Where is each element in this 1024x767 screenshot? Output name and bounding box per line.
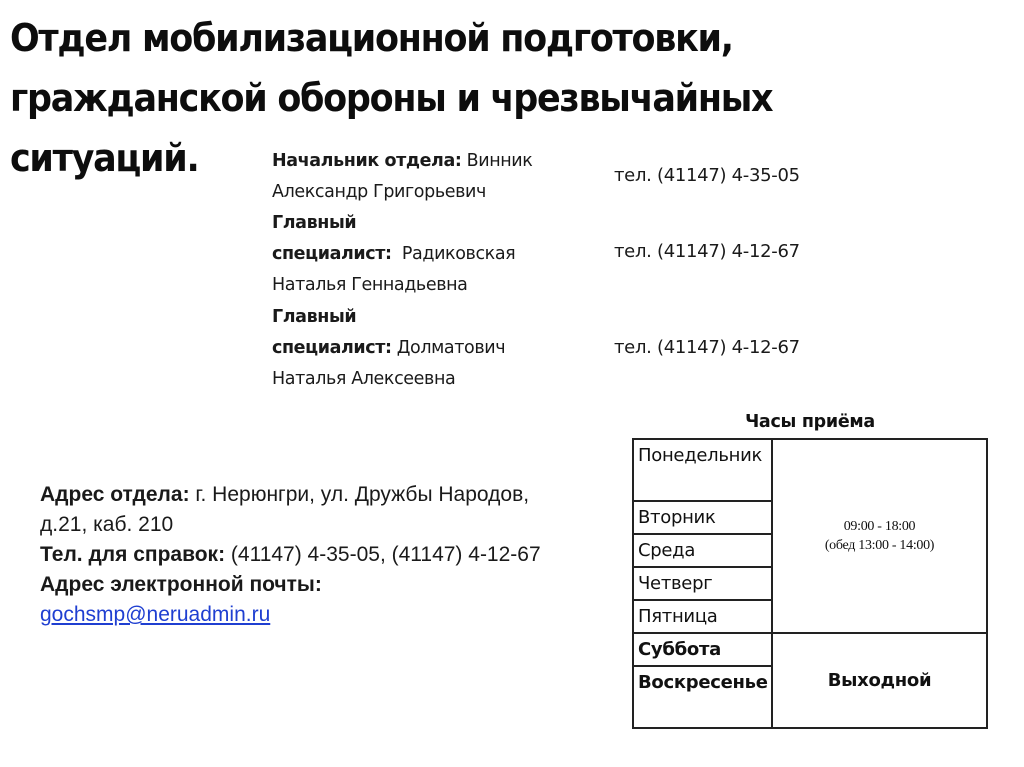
weekday-hours-cell: 09:00 - 18:00 (обед 13:00 - 14:00) (772, 439, 987, 633)
staff-name-cont: Наталья Алексеевна (272, 364, 505, 395)
staff-phone: тел. (41147) 4-12-67 (614, 337, 800, 358)
staff-name: Радиковская (392, 244, 516, 264)
day-wednesday: Среда (633, 534, 772, 567)
weekday-lunch: (обед 13:00 - 14:00) (773, 536, 986, 555)
staff-role-label: Главный (272, 213, 356, 233)
staff-specialist-2: Главный специалист: Долматович Наталья А… (272, 302, 505, 395)
hours-title: Часы приёма (632, 412, 988, 432)
hours-table: Понедельник 09:00 - 18:00 (обед 13:00 - … (632, 438, 988, 729)
day-friday: Пятница (633, 600, 772, 633)
day-saturday: Суббота (633, 633, 772, 666)
phone-label: Тел. для справок: (40, 543, 225, 566)
staff-name-cont: Александр Григорьевич (272, 177, 532, 208)
staff-specialist-1: Главный специалист: Радиковская Наталья … (272, 208, 515, 301)
staff-phone: тел. (41147) 4-35-05 (614, 165, 800, 186)
weekday-hours: 09:00 - 18:00 (773, 517, 986, 536)
email-link[interactable]: gochsmp@neruadmin.ru (40, 603, 270, 626)
contact-info: Адрес отдела: г. Нерюнгри, ул. Дружбы На… (40, 480, 600, 630)
staff-phone: тел. (41147) 4-12-67 (614, 241, 800, 262)
staff-role-label: специалист: (272, 338, 392, 358)
staff-name: Винник (461, 151, 532, 171)
day-thursday: Четверг (633, 567, 772, 600)
phone-value: (41147) 4-35-05, (41147) 4-12-67 (225, 543, 541, 566)
title-line-2: гражданской обороны и чрезвычайных (10, 68, 838, 128)
title-line-1: Отдел мобилизационной подготовки, (10, 8, 838, 68)
day-tuesday: Вторник (633, 501, 772, 534)
email-label: Адрес электронной почты: (40, 573, 322, 596)
weekend-cell: Выходной (772, 633, 987, 728)
staff-name-cont: Наталья Геннадьевна (272, 270, 515, 301)
staff-head: Начальник отдела: Винник Александр Григо… (272, 146, 532, 208)
staff-name: Долматович (392, 338, 506, 358)
staff-role-label: специалист: (272, 244, 392, 264)
address-label: Адрес отдела: (40, 483, 190, 506)
staff-role-label: Главный (272, 307, 356, 327)
day-sunday: Воскресенье (633, 666, 772, 728)
staff-role-label: Начальник отдела: (272, 151, 461, 171)
day-monday: Понедельник (633, 439, 772, 501)
